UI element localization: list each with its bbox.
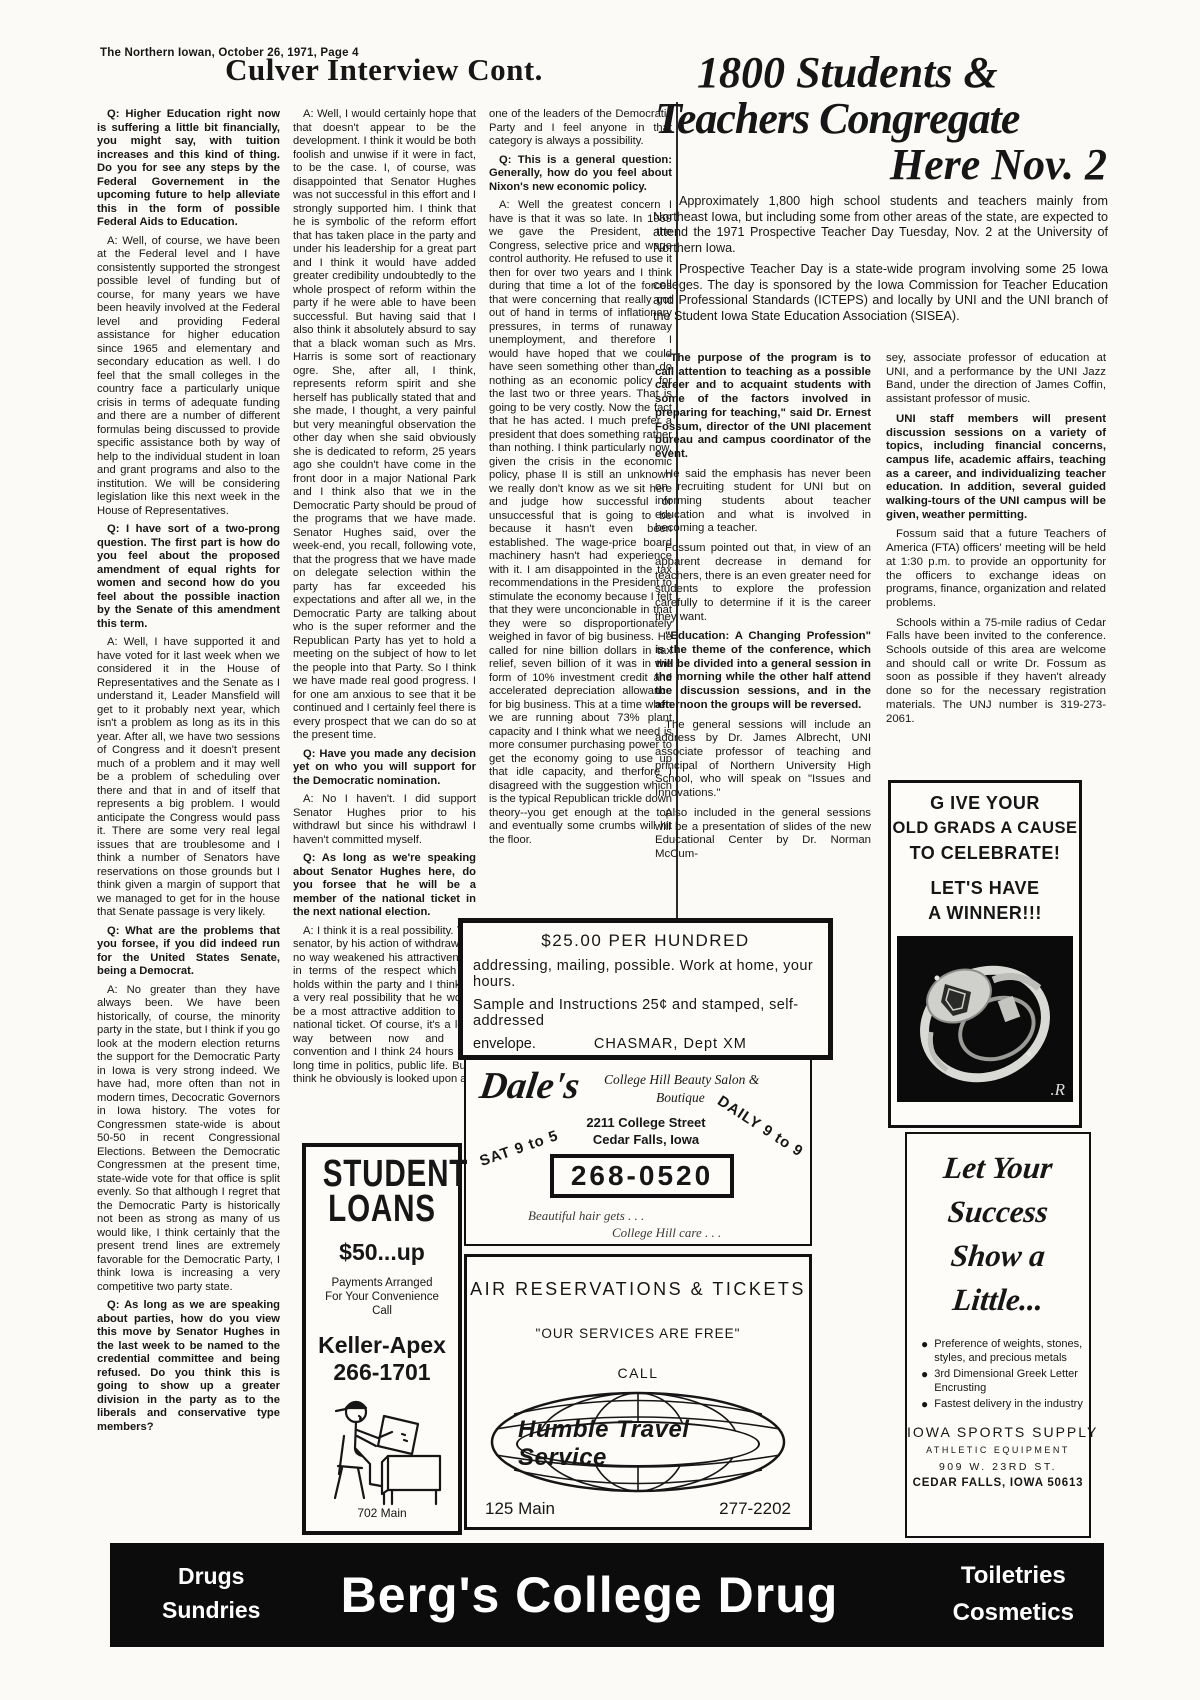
success-script-line: Show a: [905, 1234, 1092, 1278]
chasmar-ad: $25.00 PER HUNDRED addressing, mailing, …: [458, 918, 833, 1060]
loans-terms-line: For Your Convenience: [306, 1290, 458, 1304]
dales-slogan: College Hill care . . .: [612, 1225, 721, 1241]
banner-item: Cosmetics: [953, 1594, 1074, 1631]
dales-address-line: 2211 College Street: [566, 1114, 726, 1131]
teachers-intro: Approximately 1,800 high school students…: [653, 194, 1108, 330]
paragraph: Prospective Teacher Day is a state-wide …: [653, 262, 1108, 324]
humble-logo-text: Humble Travel Service: [516, 1421, 760, 1467]
paragraph: A: Well the greatest concern I have is t…: [489, 199, 672, 847]
headline-line: 1800 Students &: [655, 50, 1107, 96]
headline-line: Teachers Congregate: [655, 96, 1107, 142]
bullet-text: 3rd Dimensional Greek Letter Encrusting: [934, 1368, 1083, 1395]
paragraph: "Education: A Changing Profession" is th…: [655, 630, 871, 712]
teachers-headline: 1800 Students & Teachers Congregate Here…: [655, 50, 1107, 188]
teachers-column-1: "The purpose of the program is to call a…: [655, 352, 871, 868]
dales-phone-number: 268-0520: [550, 1154, 734, 1198]
bullet-icon: ●: [921, 1368, 928, 1395]
banner-right-items: Toiletries Cosmetics: [953, 1557, 1074, 1631]
dales-hours-daily: DAILY 9 to 9: [715, 1092, 807, 1160]
bullet-text: Fastest delivery in the industry: [934, 1398, 1083, 1412]
travel-ad-title: AIR RESERVATIONS & TICKETS: [467, 1279, 809, 1300]
paragraph: one of the leaders of the Democratic Par…: [489, 108, 672, 149]
dales-slogan: Beautiful hair gets . . .: [528, 1208, 644, 1224]
sports-supply-subtitle: ATHLETIC EQUIPMENT: [907, 1445, 1089, 1455]
loans-address: 702 Main: [306, 1506, 458, 1520]
sports-supply-company: IOWA SPORTS SUPPLY: [907, 1424, 1089, 1440]
travel-address: 125 Main: [485, 1499, 555, 1519]
loans-phone-number: 266-1701: [306, 1359, 458, 1386]
loans-title: STUDENT: [323, 1157, 442, 1192]
loans-terms-line: Payments Arranged: [306, 1276, 458, 1290]
paragraph: A: Well, I would certainly hope that tha…: [293, 108, 476, 743]
culver-column-3: one of the leaders of the Democratic Par…: [489, 108, 672, 852]
ring-ad-line: TO CELEBRATE!: [891, 841, 1079, 866]
class-ring-photo: .R: [897, 936, 1073, 1102]
bullet-icon: ●: [921, 1338, 928, 1365]
paragraph: Q: As long as we're speaking about Senat…: [293, 852, 476, 920]
paragraph: He said the emphasis has never been on r…: [655, 468, 871, 537]
chasmar-sample-line: Sample and Instructions 25¢ and stamped,…: [473, 997, 818, 1029]
paragraph: The general sessions will include an add…: [655, 719, 871, 801]
loans-terms-line: Call: [306, 1304, 458, 1318]
chasmar-work-line: addressing, mailing, possible. Work at h…: [473, 958, 818, 990]
loans-company: Keller-Apex: [306, 1332, 458, 1359]
humble-logo: Humble Travel Service: [488, 1391, 788, 1493]
loans-amount: $50...up: [306, 1239, 458, 1266]
chasmar-envelope: envelope.: [473, 1036, 536, 1052]
student-loans-ad: STUDENT LOANS $50...up Payments Arranged…: [302, 1143, 462, 1535]
banner-left-items: Drugs Sundries: [162, 1559, 260, 1627]
dales-tagline: Boutique: [656, 1090, 705, 1106]
chasmar-company: CHASMAR, Dept XM: [594, 1036, 747, 1052]
ring-ad-line: OLD GRADS A CAUSE: [891, 816, 1079, 841]
success-script-line: Let Your: [905, 1146, 1092, 1190]
success-script-line: Success: [905, 1190, 1092, 1234]
banner-item: Toiletries: [953, 1557, 1074, 1594]
dales-salon-ad: Dale's College Hill Beauty Salon & Bouti…: [464, 1058, 812, 1246]
culver-headline: Culver Interview Cont.: [95, 52, 673, 88]
dales-address: 2211 College Street Cedar Falls, Iowa: [566, 1114, 726, 1148]
travel-ad-call: CALL: [467, 1365, 809, 1381]
bullet-item: ● 3rd Dimensional Greek Letter Encrustin…: [921, 1368, 1083, 1395]
photo-signature: .R: [1050, 1080, 1065, 1100]
teachers-column-2: sey, associate professor of education at…: [886, 352, 1106, 732]
student-desk-icon: [318, 1390, 446, 1508]
paragraph: sey, associate professor of education at…: [886, 352, 1106, 407]
success-script-line: Little...: [905, 1278, 1092, 1322]
paragraph: Approximately 1,800 high school students…: [653, 194, 1108, 256]
bullet-icon: ●: [921, 1398, 928, 1412]
paragraph: Fossum pointed out that, in view of an a…: [655, 542, 871, 624]
chasmar-envelope-line: envelope.CHASMAR, Dept XM: [473, 1036, 818, 1052]
headline-line: Here Nov. 2: [655, 142, 1107, 188]
travel-phone-number: 277-2202: [719, 1499, 791, 1519]
banner-item: Sundries: [162, 1593, 260, 1627]
success-bullet-list: ● Preference of weights, stones, styles,…: [921, 1338, 1083, 1412]
class-ring-icon: [897, 936, 1073, 1102]
travel-ad-footer: 125 Main 277-2202: [485, 1499, 791, 1519]
bullet-text: Preference of weights, stones, styles, a…: [934, 1338, 1083, 1365]
humble-travel-ad: AIR RESERVATIONS & TICKETS "OUR SERVICES…: [464, 1254, 812, 1530]
paragraph: Also included in the general sessions wi…: [655, 807, 871, 862]
paragraph: Schools within a 75-mile radius of Cedar…: [886, 617, 1106, 727]
newspaper-page: The Northern Iowan, October 26, 1971, Pa…: [0, 0, 1200, 1700]
class-ring-ad: G IVE YOUR OLD GRADS A CAUSE TO CELEBRAT…: [888, 780, 1082, 1128]
paragraph: A: Well, I have supported it and have vo…: [97, 636, 280, 920]
paragraph: Q: What are the problems that you forsee…: [97, 925, 280, 979]
loans-terms: Payments Arranged For Your Convenience C…: [306, 1276, 458, 1318]
paragraph: Fossum said that a future Teachers of Am…: [886, 528, 1106, 610]
sports-supply-city: CEDAR FALLS, IOWA 50613: [907, 1477, 1089, 1489]
banner-store-name: Berg's College Drug: [290, 1543, 889, 1647]
chasmar-rate: $25.00 PER HUNDRED: [473, 931, 818, 951]
paragraph: A: Well, of course, we have been at the …: [97, 235, 280, 519]
paragraph: A: No I haven't. I did support Senator H…: [293, 793, 476, 847]
paragraph: A: No greater than they have always been…: [97, 984, 280, 1295]
culver-column-1: Q: Higher Education right now is sufferi…: [97, 108, 280, 1439]
dales-hours-saturday: SAT 9 to 5: [477, 1127, 560, 1170]
ring-ad-line: A WINNER!!!: [891, 901, 1079, 926]
student-desk-cartoon: [306, 1390, 458, 1508]
sports-supply-street: 909 W. 23RD ST.: [907, 1461, 1089, 1473]
bergs-drug-banner: Drugs Sundries Berg's College Drug Toile…: [110, 1543, 1104, 1647]
paragraph: Q: I have sort of a two-prong question. …: [97, 523, 280, 631]
paragraph: Q: Higher Education right now is sufferi…: [97, 108, 280, 230]
iowa-sports-ad: Let Your Success Show a Little... ● Pref…: [905, 1132, 1091, 1538]
bullet-item: ● Fastest delivery in the industry: [921, 1398, 1083, 1412]
paragraph: Q: This is a general question: Generally…: [489, 154, 672, 195]
bullet-item: ● Preference of weights, stones, styles,…: [921, 1338, 1083, 1365]
ring-ad-line: G IVE YOUR: [891, 791, 1079, 816]
ring-ad-line: LET'S HAVE: [891, 876, 1079, 901]
paragraph: A: I think it is a real possibility. The…: [293, 925, 476, 1087]
paragraph: UNI staff members will present discussio…: [886, 413, 1106, 523]
dales-logo-text: Dale's: [477, 1064, 582, 1108]
culver-column-2: A: Well, I would certainly hope that tha…: [293, 108, 476, 1092]
travel-ad-slogan: "OUR SERVICES ARE FREE": [467, 1326, 809, 1341]
paragraph: Q: As long as we are speaking about part…: [97, 1299, 280, 1434]
dales-address-line: Cedar Falls, Iowa: [566, 1131, 726, 1148]
dales-tagline: College Hill Beauty Salon &: [604, 1072, 810, 1088]
paragraph: "The purpose of the program is to call a…: [655, 352, 871, 462]
loans-title: LOANS: [323, 1192, 442, 1227]
paragraph: Q: Have you made any decision yet on who…: [293, 748, 476, 789]
banner-item: Drugs: [162, 1559, 260, 1593]
